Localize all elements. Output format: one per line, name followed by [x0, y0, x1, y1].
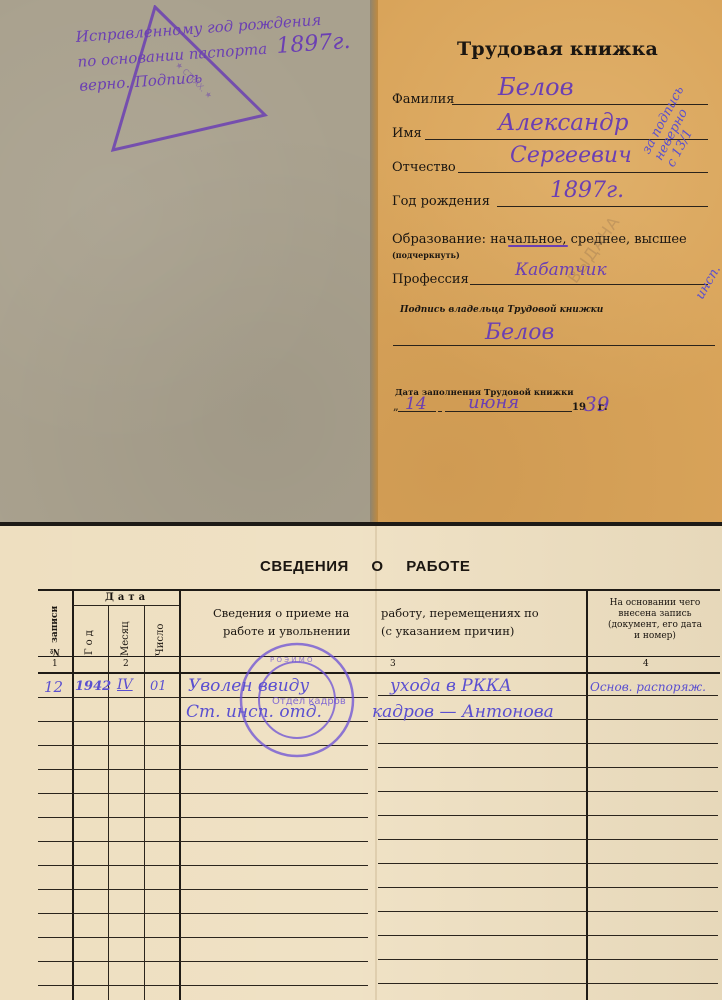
header-info-right-2: (с указанием причин) [381, 624, 514, 638]
fill-date-year-unit: г. [598, 402, 608, 413]
row-rule-right [378, 791, 718, 792]
education-label: Образование: [392, 232, 486, 247]
row-rule-left [38, 985, 368, 986]
row-rule-left [38, 769, 368, 770]
row-rule-left [38, 865, 368, 866]
column-number-3: 3 [390, 659, 396, 669]
row-info-left: Уволен ввиду [188, 676, 309, 696]
row-rule-left [38, 889, 368, 890]
header-bottom-rule [38, 672, 720, 674]
birth-year-value: 1897г. [550, 178, 624, 203]
col-divider-month [144, 605, 145, 1000]
profession-label: Профессия [392, 272, 469, 287]
row-info-right-2: кадров — Антонова [372, 702, 554, 722]
row-info-right: ухода в РККА [390, 676, 512, 696]
row-info-left-2: Ст. инсп. отд. [186, 702, 322, 722]
row-rule-right [378, 863, 718, 864]
col-divider-1 [72, 589, 74, 1000]
header-year: Год [84, 615, 95, 655]
row-day: 01 [150, 679, 167, 694]
row-rule-right [378, 935, 718, 936]
row-rule-right [378, 839, 718, 840]
column-number-top-rule [38, 656, 720, 657]
fill-date-day: 14 [405, 394, 427, 414]
row-rule-right [378, 911, 718, 912]
patronymic-value: Сергеевич [510, 143, 632, 168]
svg-text:Р О Э И М О: Р О Э И М О [270, 656, 313, 664]
row-year: 1942 [75, 679, 111, 694]
header-day: Число [155, 618, 166, 656]
surname-value: Белов [498, 73, 574, 101]
col-divider-year [108, 605, 109, 1000]
row-rule-left [38, 841, 368, 842]
fill-date-month: июня [468, 392, 519, 413]
row-rule-right [378, 815, 718, 816]
birth-year-label: Год рождения [392, 194, 490, 209]
profession-line [470, 284, 708, 285]
patronymic-label: Отчество [392, 160, 456, 175]
header-record-no: № записи [50, 598, 60, 656]
row-rule-right [378, 959, 718, 960]
header-date: Дата [105, 592, 149, 603]
row-rule-left [38, 937, 368, 938]
signature-value: Белов [485, 320, 554, 345]
education-selected-underline [508, 245, 568, 247]
name-value: Александр [498, 110, 628, 136]
row-basis: Основ. распоряж. [590, 680, 706, 694]
page-fold [375, 526, 377, 1000]
column-number-2: 2 [123, 659, 129, 669]
education-option-higher: высшее [634, 232, 686, 247]
header-month: Месяц [120, 612, 131, 656]
section-title: СВЕДЕНИЯ О РАБОТЕ [260, 558, 470, 575]
row-rule-right [378, 743, 718, 744]
header-info-right-1: работу, перемещениях по [381, 606, 539, 620]
round-stamp-icon: Отдел кадров Р О Э И М О [232, 640, 362, 760]
date-header-rule [73, 605, 179, 606]
row-rule-left [38, 793, 368, 794]
row-rule-right [378, 983, 718, 984]
education-hint: (подчеркнуть) [392, 250, 460, 260]
signature-caption: Подпись владельца Трудовой книжки [400, 305, 603, 315]
row-rule-left [38, 913, 368, 914]
page-title: Трудовая книжка [457, 38, 658, 60]
patronymic-line [458, 172, 708, 173]
surname-label: Фамилия [392, 92, 454, 107]
row-rule-right [378, 887, 718, 888]
book-spine [370, 0, 378, 524]
signature-line [393, 345, 715, 346]
row-rule-right [378, 767, 718, 768]
note-year: 1897г. [276, 29, 352, 59]
row-month: IV [117, 677, 133, 693]
row-rule-left [38, 817, 368, 818]
column-number-1: 1 [52, 659, 58, 669]
header-info-left-1: Сведения о приеме на [213, 606, 349, 620]
table-top-rule [38, 589, 720, 591]
header-info-left-2: работе и увольнении [223, 624, 350, 638]
row-record-no: 12 [44, 678, 63, 696]
birth-year-line [497, 206, 708, 207]
row-rule-left [38, 961, 368, 962]
name-label: Имя [392, 126, 422, 141]
col-divider-2 [179, 589, 181, 1000]
header-basis: На основании чего внесена запись (докуме… [590, 598, 720, 642]
col-divider-3 [586, 589, 588, 1000]
column-number-4: 4 [643, 659, 649, 669]
fill-date-dash [438, 411, 442, 412]
